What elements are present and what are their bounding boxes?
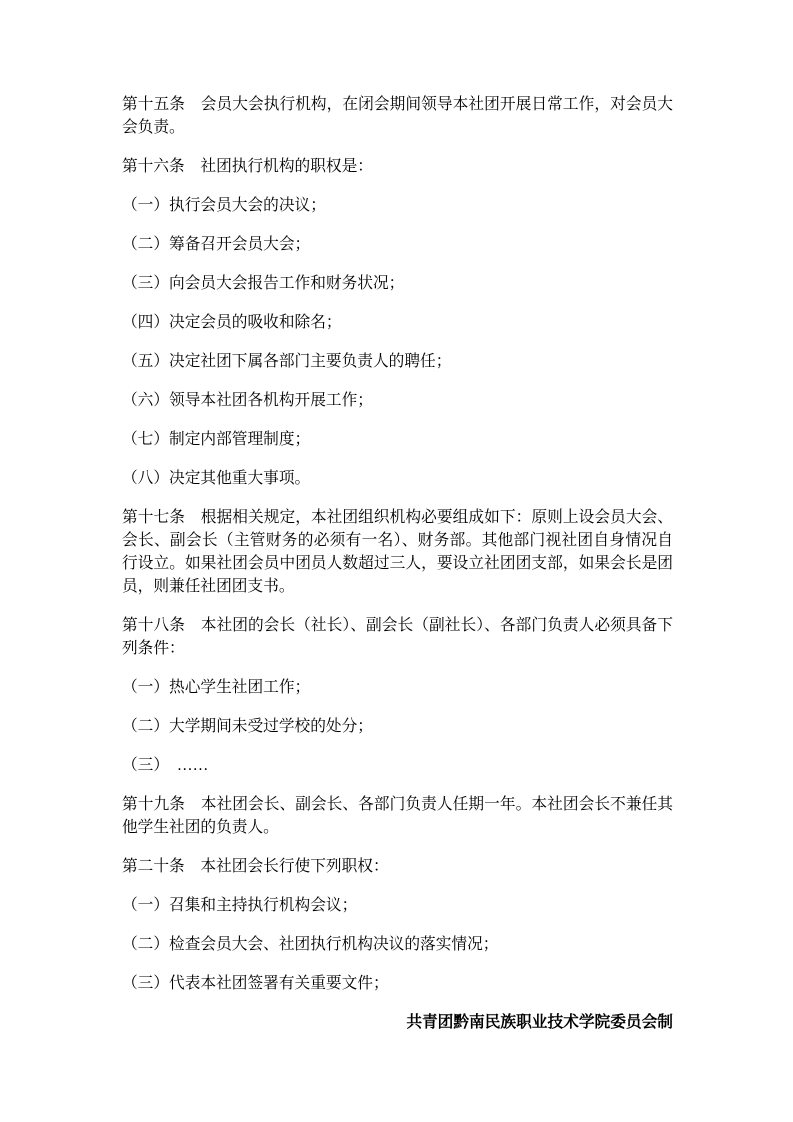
article-paragraph: 第十九条 本社团会长、副会长、各部门负责人任期一年。本社团会长不兼任其他学生社团… [122, 793, 673, 839]
footer-signature: 共青团黔南民族职业技术学院委员会制 [122, 1011, 673, 1034]
list-item-paragraph: （二）筹备召开会员大会； [122, 233, 673, 256]
list-item-paragraph: （七）制定内部管理制度； [122, 428, 673, 451]
list-item-paragraph: （三）向会员大会报告工作和财务状况； [122, 272, 673, 295]
list-item-paragraph: （四）决定会员的吸收和除名； [122, 311, 673, 334]
list-item-paragraph: （一）召集和主持执行机构会议； [122, 894, 673, 917]
article-paragraph: 第十六条 社团执行机构的职权是： [122, 155, 673, 178]
list-item-paragraph: （五）决定社团下属各部门主要负责人的聘任； [122, 350, 673, 373]
list-item-paragraph: （三） …… [122, 754, 673, 777]
article-paragraph: 第十五条 会员大会执行机构，在闭会期间领导本社团开展日常工作，对会员大会负责。 [122, 93, 673, 139]
list-item-paragraph: （一）热心学生社团工作； [122, 676, 673, 699]
document-page: 第十五条 会员大会执行机构，在闭会期间领导本社团开展日常工作，对会员大会负责。 … [0, 0, 793, 1122]
list-item-paragraph: （三）代表本社团签署有关重要文件； [122, 972, 673, 995]
article-paragraph: 第十八条 本社团的会长（社长）、副会长（副社长）、各部门负责人必须具备下列条件： [122, 614, 673, 660]
article-paragraph: 第十七条 根据相关规定，本社团组织机构必要组成如下：原则上设会员大会、会长、副会… [122, 506, 673, 598]
list-item-paragraph: （二）检查会员大会、社团执行机构决议的落实情况； [122, 933, 673, 956]
list-item-paragraph: （二）大学期间未受过学校的处分； [122, 715, 673, 738]
list-item-paragraph: （一）执行会员大会的决议； [122, 194, 673, 217]
article-paragraph: 第二十条 本社团会长行使下列职权： [122, 855, 673, 878]
list-item-paragraph: （八）决定其他重大事项。 [122, 467, 673, 490]
list-item-paragraph: （六）领导本社团各机构开展工作； [122, 389, 673, 412]
